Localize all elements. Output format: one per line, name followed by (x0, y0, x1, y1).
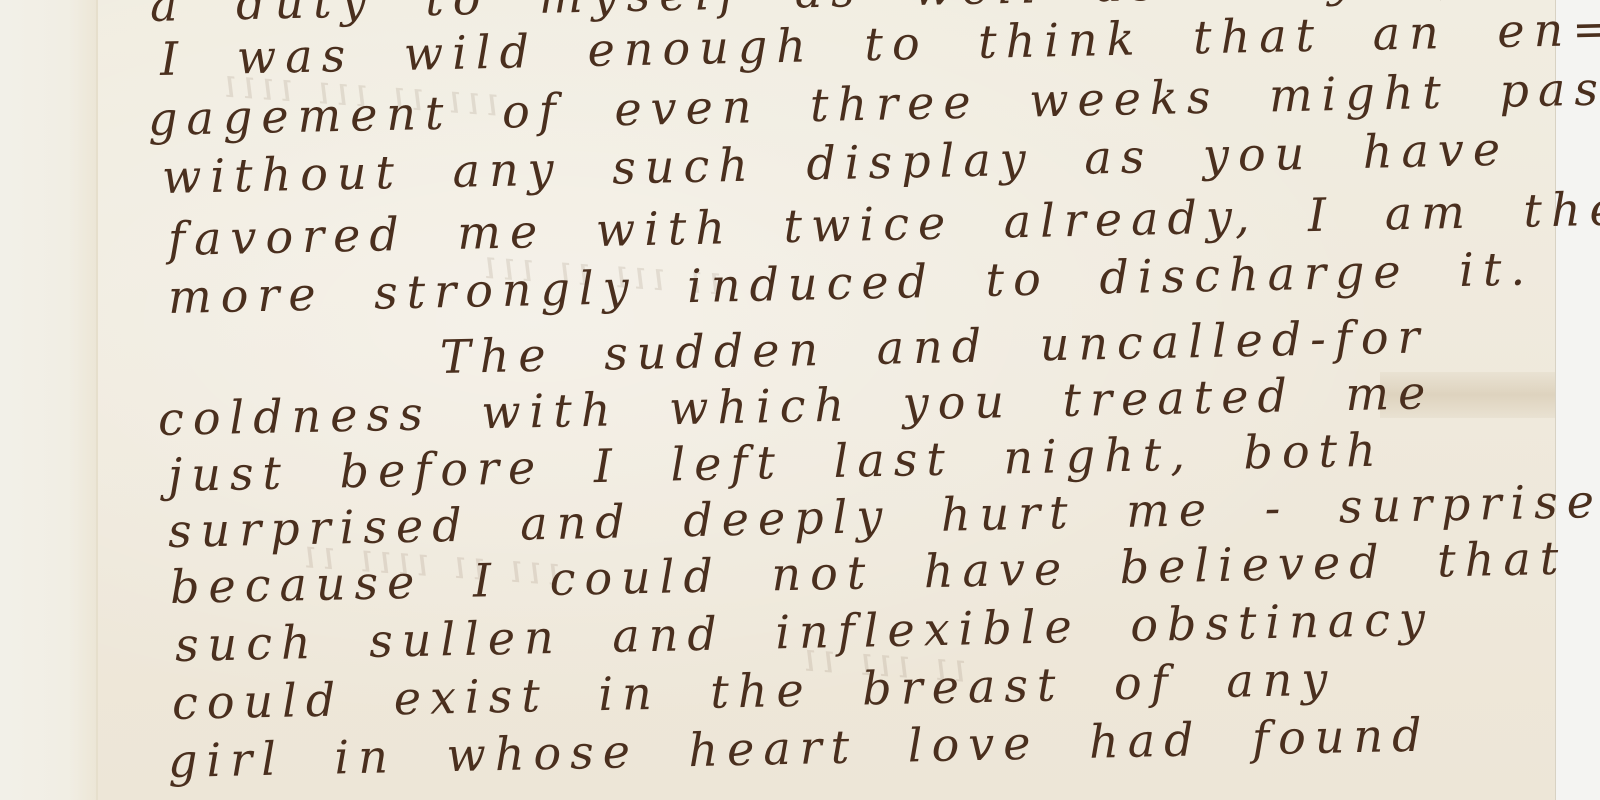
left-page-margin (0, 0, 97, 800)
background-edge (1555, 0, 1600, 800)
